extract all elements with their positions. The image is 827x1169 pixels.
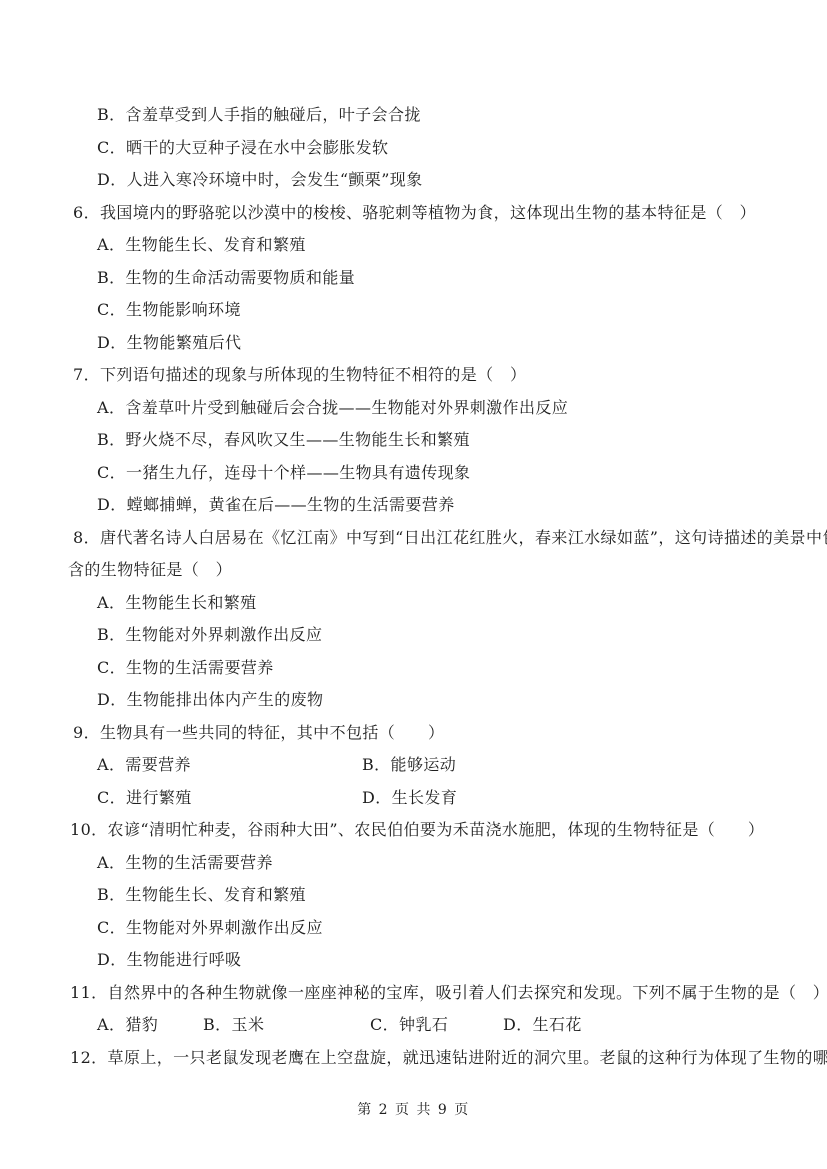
question-line: 6．我国境内的野骆驼以沙漠中的梭梭、骆驼刺等植物为食，这体现出生物的基本特征是（… [68, 197, 774, 230]
option-item: A．猎豹 [97, 1009, 158, 1042]
options-row: A．需要营养B．能够运动 [68, 749, 774, 782]
option-line: C．晒干的大豆种子浸在水中会膨胀发软 [68, 132, 774, 165]
question-line: 8．唐代著名诗人白居易在《忆江南》中写到“日出江花红胜火，春来江水绿如蓝”，这句… [68, 522, 774, 555]
options-row: C．进行繁殖D．生长发育 [68, 782, 774, 815]
option-item: D．生石花 [503, 1009, 582, 1042]
option-line: A．生物的生活需要营养 [68, 847, 774, 880]
question-line: 9．生物具有一些共同的特征，其中不包括（ ） [68, 717, 774, 750]
option-line: C．一猪生九仔，连母十个样——生物具有遗传现象 [68, 457, 774, 490]
option-line: D．人进入寒冷环境中时，会发生“颤栗”现象 [68, 164, 774, 197]
option-item: B．玉米 [203, 1009, 264, 1042]
option-line: D．生物能进行呼吸 [68, 944, 774, 977]
option-line: B．含羞草受到人手指的触碰后，叶子会合拢 [68, 99, 774, 132]
option-line: C．生物能影响环境 [68, 294, 774, 327]
exam-paper-page: B．含羞草受到人手指的触碰后，叶子会合拢C．晒干的大豆种子浸在水中会膨胀发软D．… [0, 0, 827, 1169]
option-item: D．生长发育 [362, 782, 457, 815]
option-line: A．含羞草叶片受到触碰后会合拢——生物能对外界刺激作出反应 [68, 392, 774, 425]
option-item: B．能够运动 [362, 749, 456, 782]
question-line: 11．自然界中的各种生物就像一座座神秘的宝库，吸引着人们去探究和发现。下列不属于… [68, 977, 774, 1010]
option-line: B．生物能对外界刺激作出反应 [68, 619, 774, 652]
option-line: C．生物能对外界刺激作出反应 [68, 912, 774, 945]
option-line: B．生物能生长、发育和繁殖 [68, 879, 774, 912]
option-line: A．生物能生长和繁殖 [68, 587, 774, 620]
option-line: A．生物能生长、发育和繁殖 [68, 229, 774, 262]
question-line: 7．下列语句描述的现象与所体现的生物特征不相符的是（ ） [68, 359, 774, 392]
option-line: C．生物的生活需要营养 [68, 652, 774, 685]
document-body: B．含羞草受到人手指的触碰后，叶子会合拢C．晒干的大豆种子浸在水中会膨胀发软D．… [68, 99, 774, 1074]
option-line: B．生物的生命活动需要物质和能量 [68, 262, 774, 295]
option-line: B．野火烧不尽，春风吹又生——生物能生长和繁殖 [68, 424, 774, 457]
options-row: A．猎豹B．玉米C．钟乳石D．生石花 [68, 1009, 774, 1042]
option-line: D．生物能繁殖后代 [68, 327, 774, 360]
page-footer: 第 2 页 共 9 页 [0, 1097, 827, 1123]
question-line: 10．农谚“清明忙种麦，谷雨种大田”、农民伯伯要为禾苗浇水施肥，体现的生物特征是… [68, 814, 774, 847]
option-item: C．进行繁殖 [97, 782, 192, 815]
option-item: A．需要营养 [97, 749, 191, 782]
question-line: 12．草原上，一只老鼠发现老鹰在上空盘旋，就迅速钻进附近的洞穴里。老鼠的这种行为… [68, 1042, 774, 1075]
option-item: C．钟乳石 [370, 1009, 448, 1042]
question-continuation-line: 含的生物特征是（ ） [68, 554, 774, 587]
option-line: D．螳螂捕蝉，黄雀在后——生物的生活需要营养 [68, 489, 774, 522]
option-line: D．生物能排出体内产生的废物 [68, 684, 774, 717]
